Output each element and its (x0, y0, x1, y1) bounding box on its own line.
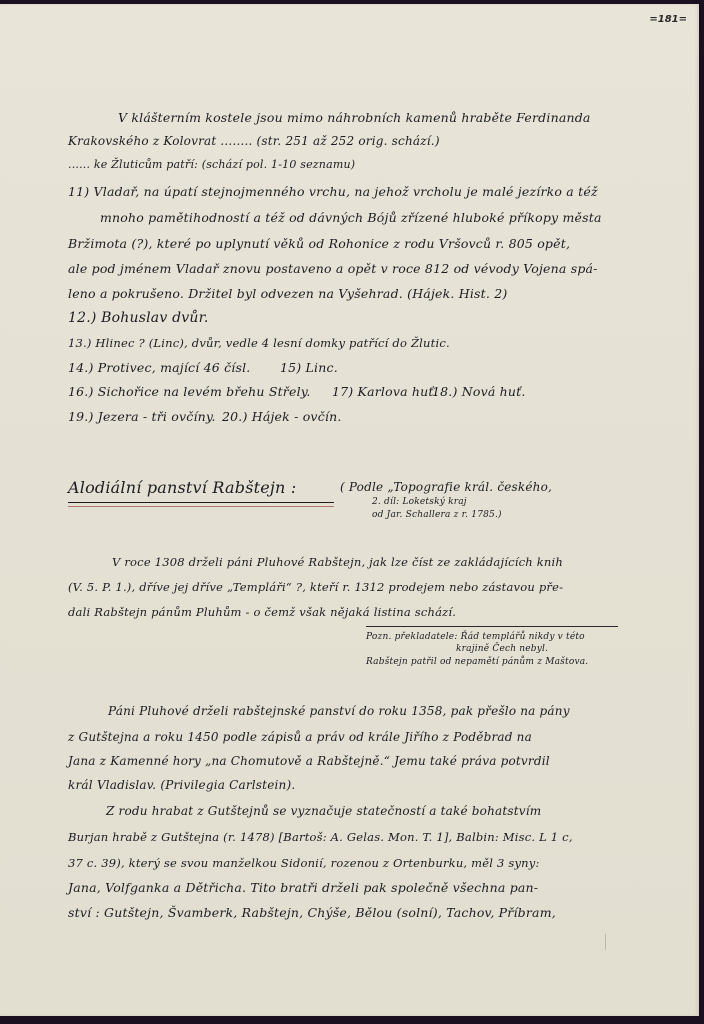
source-line-1: ( Podle „Topografie král. českého, (340, 480, 552, 494)
translator-note-line-1: Pozn. překladatele: Řád templářů nikdy v… (366, 632, 585, 642)
item-11-line-2: mnoho pamětihodností a též od dávných Bó… (100, 210, 602, 225)
item-18: 18.) Nová huť. (432, 384, 526, 399)
manuscript-page: =181= V klášterním kostele jsou mimo náh… (0, 4, 699, 1016)
para3-line-5: ství : Gutštejn, Švamberk, Rabštejn, Chý… (68, 905, 556, 920)
para1-line-1: V roce 1308 drželi páni Pluhové Rabštejn… (112, 555, 563, 569)
source-line-3: od Jar. Schallera z r. 1785.) (372, 510, 502, 520)
page-number: =181= (649, 14, 687, 25)
item-15: 15) Linc. (280, 360, 338, 375)
translator-note-line-2: krajině Čech nebyl. (456, 644, 548, 654)
item-11-line-5: leno a pokrušeno. Držitel byl odvezen na… (68, 286, 507, 301)
item-11-line-3: Bržimota (?), které po uplynutí věků od … (68, 236, 570, 251)
para3-line-2: Burjan hrabě z Gutštejna (r. 1478) [Bart… (68, 830, 573, 844)
item-17: 17) Karlova huť. (332, 384, 438, 399)
paper-mark (605, 934, 606, 950)
heading-underline (68, 502, 334, 503)
para3-line-3: 37 c. 39), který se svou manželkou Sidon… (68, 856, 540, 870)
para3-line-1: Z rodu hrabat z Gutštejnů se vyznačuje s… (106, 804, 541, 818)
para1-line-3: dali Rabštejn pánům Pluhům - o čemž však… (68, 605, 456, 619)
para2-line-4: král Vladislav. (Privilegia Carlstein). (68, 778, 295, 792)
para2-line-2: z Gutštejna a roku 1450 podle zápisů a p… (68, 730, 532, 744)
source-line-2: 2. díl: Loketský kraj (372, 497, 467, 507)
intro-line-3: ...... ke Žluticům patří: (schází pol. 1… (68, 158, 355, 171)
item-11-line-1: 11) Vladař, na úpatí stejnojmenného vrch… (68, 184, 598, 199)
note-divider (366, 626, 618, 627)
intro-line-2: Krakovského z Kolovrat ........ (str. 25… (68, 134, 440, 148)
heading-underline-red (68, 506, 334, 507)
para2-line-3: Jana z Kamenné hory „na Chomutově a Rabš… (68, 754, 550, 768)
item-12: 12.) Bohuslav dvůr. (68, 310, 209, 326)
section-heading: Alodiální panství Rabštejn : (68, 478, 296, 497)
intro-line-1: V klášterním kostele jsou mimo náhrobníc… (118, 110, 591, 125)
item-13: 13.) Hlinec ? (Linc), dvůr, vedle 4 lesn… (68, 336, 450, 350)
translator-note-line-3: Rabštejn patřil od nepamětí pánům z Mašt… (366, 657, 588, 667)
item-14: 14.) Protivec, mající 46 čísl. (68, 360, 250, 375)
item-19: 19.) Jezera - tři ovčíny. (68, 409, 216, 424)
para3-line-4: Jana, Volfganka a Dětřicha. Tito bratři … (68, 880, 538, 895)
item-20: 20.) Hájek - ovčín. (222, 409, 342, 424)
para2-line-1: Páni Pluhové drželi rabštejnské panství … (108, 704, 570, 718)
item-16: 16.) Sichořice na levém břehu Střely. (68, 384, 311, 399)
item-11-line-4: ale pod jménem Vladař znovu postaveno a … (68, 261, 598, 276)
para1-line-2: (V. 5. P. 1.), dříve jej dříve „Templáři… (68, 580, 563, 594)
